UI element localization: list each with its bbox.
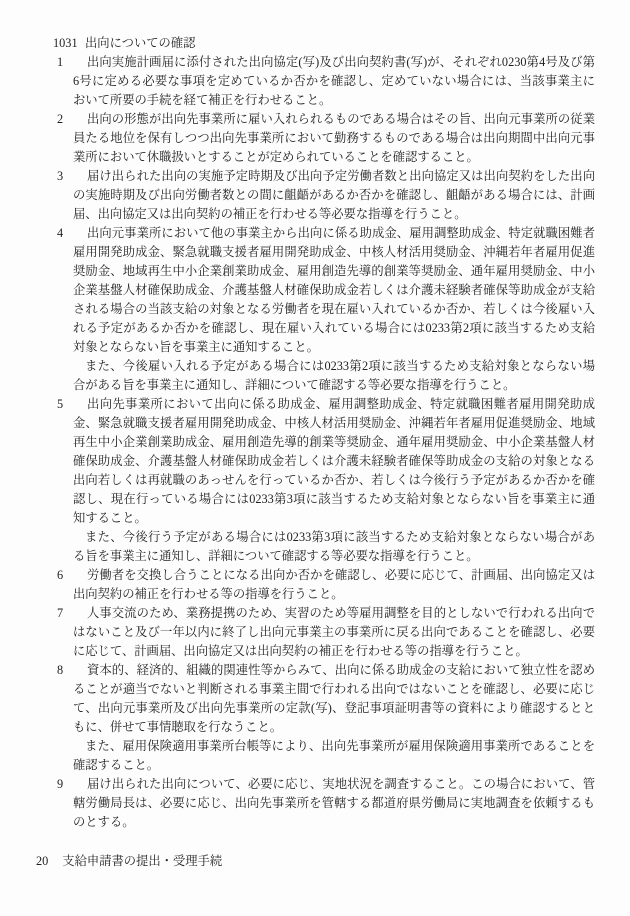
- item-body: 労働者を交換し合うことになる出向か否かを確認し、必要に応じて、計画届、出向協定又…: [73, 566, 595, 604]
- list-item: 8 資本的、経済的、組織的関連性等からみて、出向に係る助成金の支給において独立性…: [73, 661, 595, 775]
- item-body: 届け出られた出向の実施予定時期及び出向予定労働者数と出向協定又は出向契約をした出…: [73, 167, 595, 224]
- item-paragraph: 労働者を交換し合うことになる出向か否かを確認し、必要に応じて、計画届、出向協定又…: [73, 566, 595, 604]
- item-paragraph: 出向実施計画届に添付された出向協定(写)及び出向契約書(写)が、それぞれ0230…: [73, 53, 595, 110]
- item-number: 4: [57, 224, 71, 243]
- item-paragraph: 人事交流のため、業務提携のため、実習のため等雇用調整を目的としないで行われる出向…: [73, 604, 595, 661]
- list-item: 1 出向実施計画届に添付された出向協定(写)及び出向契約書(写)が、それぞれ02…: [73, 53, 595, 110]
- list-item: 7 人事交流のため、業務提携のため、実習のため等雇用調整を目的としないで行われる…: [73, 604, 595, 661]
- item-subparagraph: また、雇用保険適用事業所台帳等により、出向先事業所が雇用保険適用事業所であること…: [73, 737, 595, 775]
- list-item: 5 出向先事業所において出向に係る助成金、雇用調整助成金、特定就職困難者雇用開発…: [73, 395, 595, 566]
- item-paragraph: 出向先事業所において出向に係る助成金、雇用調整助成金、特定就職困難者雇用開発助成…: [73, 395, 595, 528]
- document-content: 1031出向についての確認 1 出向実施計画届に添付された出向協定(写)及び出向…: [53, 34, 595, 832]
- item-number: 9: [57, 775, 71, 794]
- section-number: 1031: [53, 34, 78, 53]
- item-number: 7: [57, 604, 71, 623]
- list-item: 3 届け出られた出向の実施予定時期及び出向予定労働者数と出向協定又は出向契約をし…: [73, 167, 595, 224]
- item-subparagraph: また、今後行う予定がある場合には0233第3項に該当するため支給対象とならない場…: [73, 528, 595, 566]
- item-body: 人事交流のため、業務提携のため、実習のため等雇用調整を目的としないで行われる出向…: [73, 604, 595, 661]
- item-paragraph: 資本的、経済的、組織的関連性等からみて、出向に係る助成金の支給において独立性を認…: [73, 661, 595, 737]
- item-body: 出向実施計画届に添付された出向協定(写)及び出向契約書(写)が、それぞれ0230…: [73, 53, 595, 110]
- item-paragraph: 届け出られた出向について、必要に応じ、実地状況を調査すること。この場合において、…: [73, 775, 595, 832]
- items-list: 1 出向実施計画届に添付された出向協定(写)及び出向契約書(写)が、それぞれ02…: [73, 53, 595, 832]
- item-number: 2: [57, 110, 71, 129]
- item-number: 8: [57, 661, 71, 680]
- document-page: 1031出向についての確認 1 出向実施計画届に添付された出向協定(写)及び出向…: [0, 0, 630, 916]
- list-item: 9 届け出られた出向について、必要に応じ、実地状況を調査すること。この場合におい…: [73, 775, 595, 832]
- section-heading: 1031出向についての確認: [53, 34, 595, 53]
- item-paragraph: 出向の形態が出向先事業所に雇い入れられるものである場合はその旨、出向元事業所の従…: [73, 110, 595, 167]
- page-footer: 20支給申請書の提出・受理手続: [36, 852, 222, 871]
- item-paragraph: 出向元事業所において他の事業主から出向に係る助成金、雇用調整助成金、特定就職困難…: [73, 224, 595, 357]
- item-number: 6: [57, 566, 71, 585]
- footer-chapter-number: 20: [36, 852, 48, 871]
- item-body: 出向元事業所において他の事業主から出向に係る助成金、雇用調整助成金、特定就職困難…: [73, 224, 595, 395]
- item-paragraph: 届け出られた出向の実施予定時期及び出向予定労働者数と出向協定又は出向契約をした出…: [73, 167, 595, 224]
- item-number: 5: [57, 395, 71, 414]
- item-subparagraph: また、今後雇い入れる予定がある場合には0233第2項に該当するため支給対象となら…: [73, 357, 595, 395]
- item-body: 出向先事業所において出向に係る助成金、雇用調整助成金、特定就職困難者雇用開発助成…: [73, 395, 595, 566]
- footer-chapter-title: 支給申請書の提出・受理手続: [62, 854, 222, 868]
- item-body: 出向の形態が出向先事業所に雇い入れられるものである場合はその旨、出向元事業所の従…: [73, 110, 595, 167]
- list-item: 2 出向の形態が出向先事業所に雇い入れられるものである場合はその旨、出向元事業所…: [73, 110, 595, 167]
- item-body: 資本的、経済的、組織的関連性等からみて、出向に係る助成金の支給において独立性を認…: [73, 661, 595, 775]
- section-title: 出向についての確認: [85, 36, 195, 50]
- item-number: 3: [57, 167, 71, 186]
- item-number: 1: [57, 53, 71, 72]
- list-item: 6 労働者を交換し合うことになる出向か否かを確認し、必要に応じて、計画届、出向協…: [73, 566, 595, 604]
- item-body: 届け出られた出向について、必要に応じ、実地状況を調査すること。この場合において、…: [73, 775, 595, 832]
- list-item: 4 出向元事業所において他の事業主から出向に係る助成金、雇用調整助成金、特定就職…: [73, 224, 595, 395]
